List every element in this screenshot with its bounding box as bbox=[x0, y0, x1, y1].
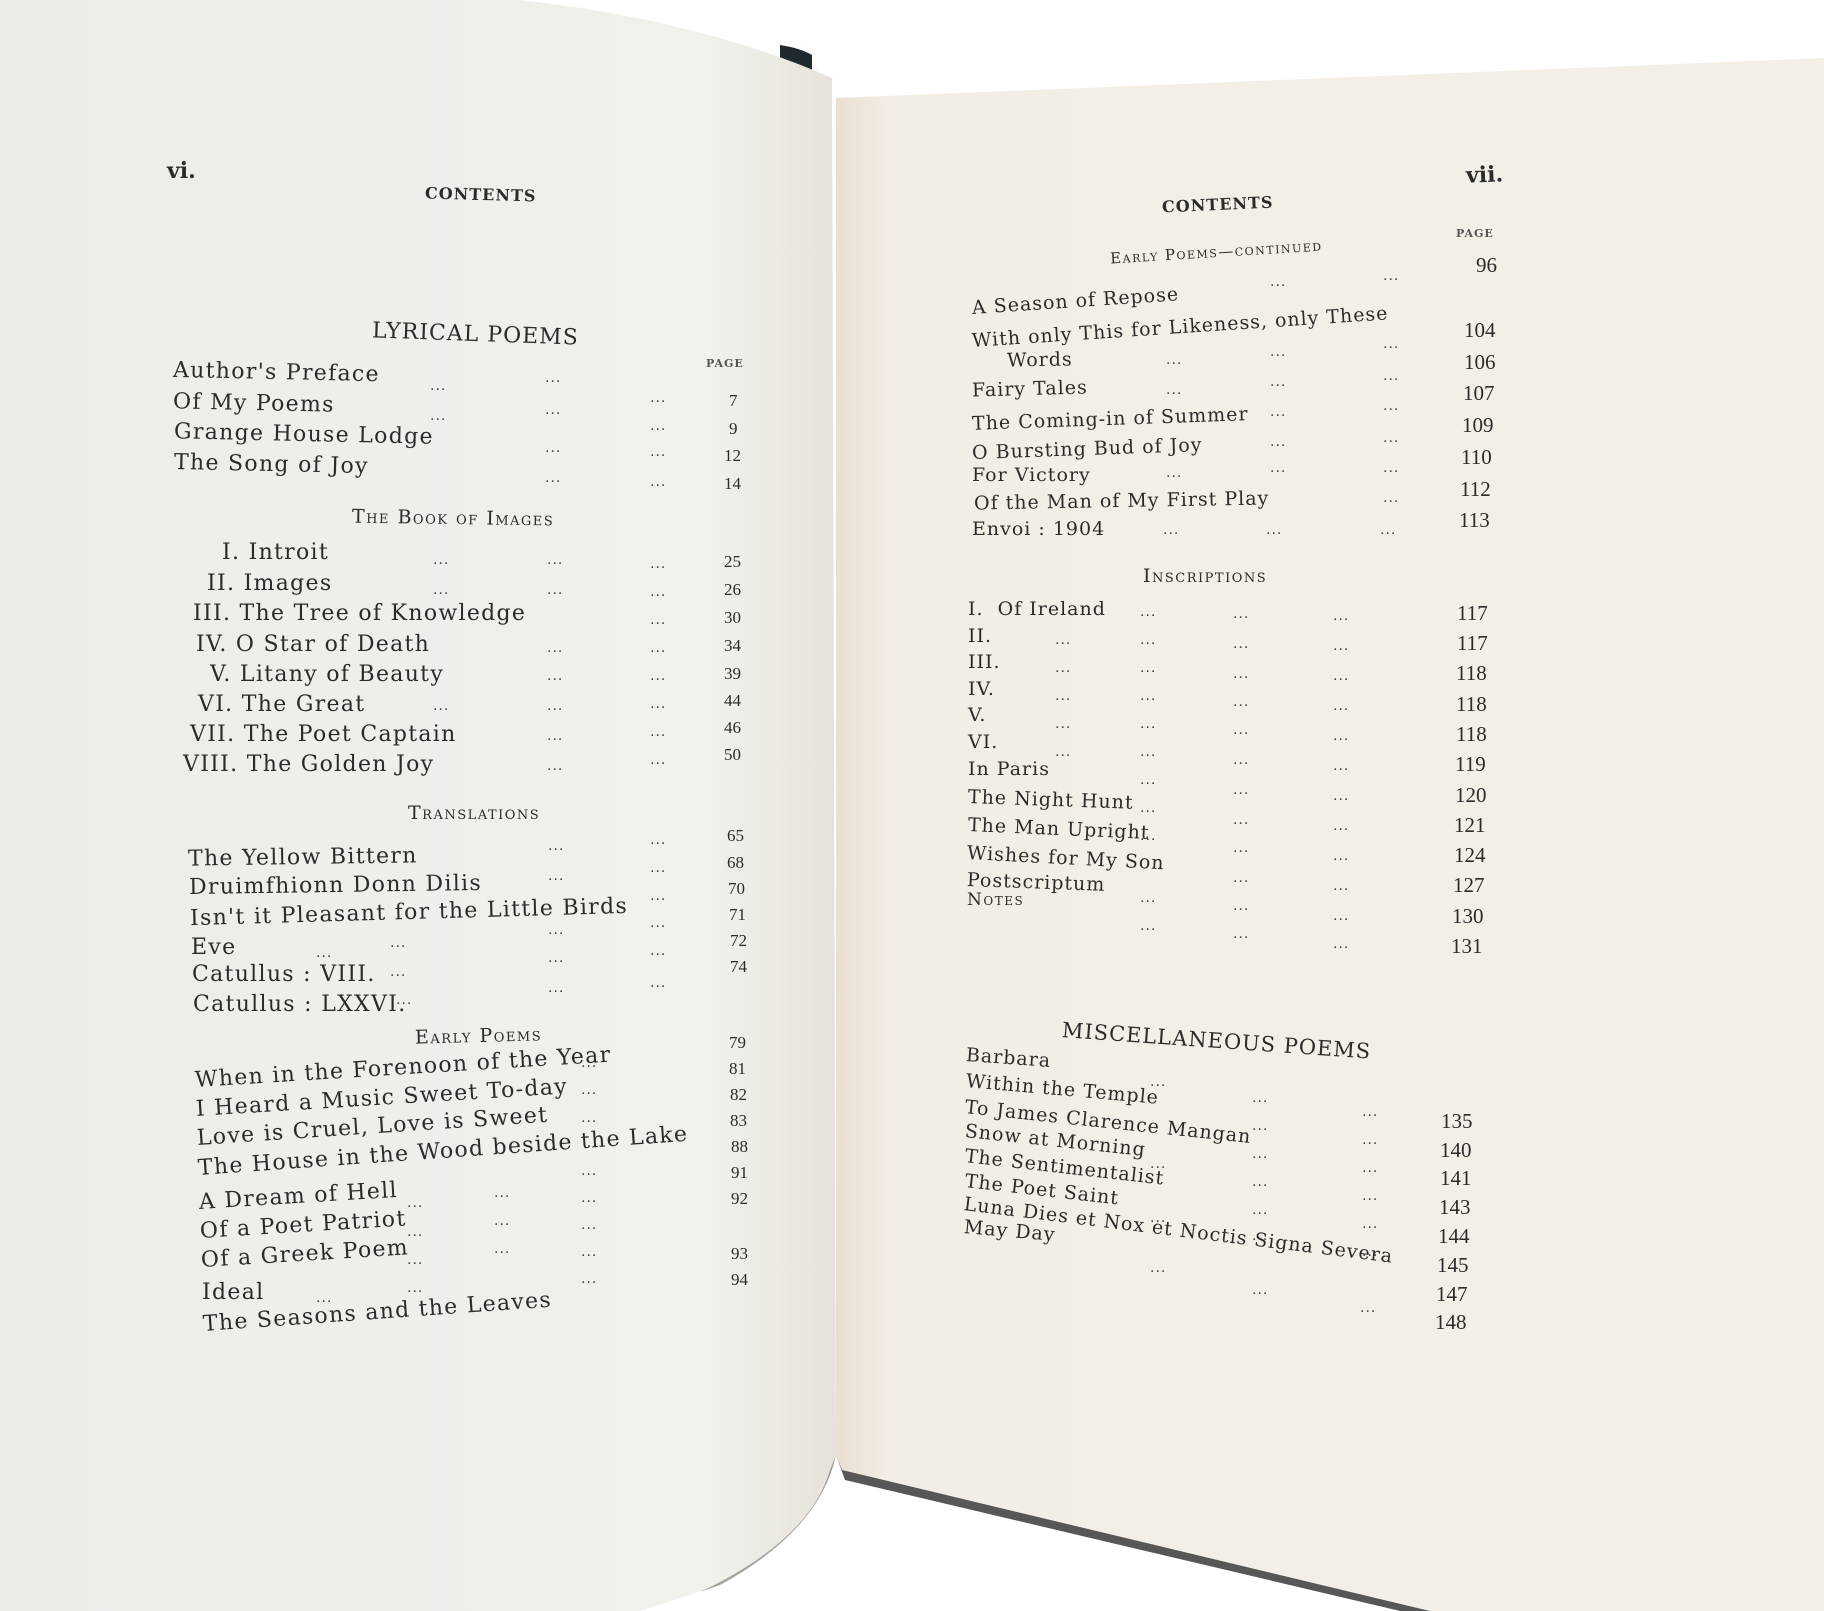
entry-title: Druimfhionn Donn Dilis bbox=[189, 871, 482, 900]
leader-dots: ... bbox=[1055, 660, 1071, 676]
section-title-early-poems: Early Poems bbox=[415, 1023, 543, 1048]
leader-dots: ... bbox=[1362, 1132, 1378, 1148]
entry-page: 79 bbox=[729, 1033, 746, 1053]
section-title-translations: Translations bbox=[408, 802, 540, 824]
leader-dots: ... bbox=[1140, 890, 1156, 906]
entry-page: 113 bbox=[1459, 508, 1490, 533]
entry-page: 65 bbox=[727, 826, 744, 846]
leader-dots: ... bbox=[1150, 1074, 1166, 1090]
leader-dots: ... bbox=[1383, 368, 1399, 384]
leader-dots: ... bbox=[1233, 606, 1249, 622]
leader-dots: ... bbox=[545, 402, 561, 418]
leader-dots: ... bbox=[547, 552, 563, 568]
entry-page: 117 bbox=[1457, 601, 1488, 626]
leader-dots: ... bbox=[407, 1224, 423, 1240]
entry-page: 12 bbox=[724, 446, 741, 466]
entry-page: 7 bbox=[729, 391, 738, 411]
leader-dots: ... bbox=[1233, 840, 1249, 856]
leader-dots: ... bbox=[1333, 936, 1349, 952]
leader-dots: ... bbox=[1140, 772, 1156, 788]
entry-page: 145 bbox=[1437, 1253, 1469, 1278]
leader-dots: ... bbox=[547, 758, 563, 774]
leader-dots: ... bbox=[407, 1280, 423, 1296]
entry-title: The Yellow Bittern bbox=[188, 843, 418, 871]
entry-page: 121 bbox=[1454, 813, 1486, 838]
leader-dots: ... bbox=[547, 698, 563, 714]
leader-dots: ... bbox=[1140, 632, 1156, 648]
entry-page: 71 bbox=[729, 905, 746, 925]
entry-page: 117 bbox=[1457, 631, 1488, 656]
entry-title: For Victory bbox=[972, 464, 1091, 486]
leader-dots: ... bbox=[1055, 632, 1071, 648]
leader-dots: ... bbox=[1055, 744, 1071, 760]
entry-page: 109 bbox=[1462, 413, 1494, 438]
entry-title: Eve bbox=[191, 935, 236, 960]
leader-dots: ... bbox=[316, 1290, 332, 1306]
leader-dots: ... bbox=[1166, 352, 1182, 368]
entry-page: 130 bbox=[1452, 904, 1484, 929]
entry-page: 118 bbox=[1456, 722, 1487, 747]
leader-dots: ... bbox=[1380, 522, 1396, 538]
entry-page: 34 bbox=[724, 636, 741, 656]
leader-dots: ... bbox=[1140, 604, 1156, 620]
entry-page: 131 bbox=[1451, 934, 1483, 959]
entry-page: 147 bbox=[1436, 1282, 1468, 1307]
entry-page: 110 bbox=[1461, 445, 1492, 470]
entry-title: I. Of Ireland bbox=[968, 598, 1106, 620]
leader-dots: ... bbox=[1270, 404, 1286, 420]
leader-dots: ... bbox=[1333, 848, 1349, 864]
leader-dots: ... bbox=[650, 975, 666, 991]
entry-page: 72 bbox=[730, 931, 747, 951]
entry-title: VIII. The Golden Joy bbox=[183, 752, 434, 777]
leader-dots: ... bbox=[1383, 398, 1399, 414]
book-pages-shape bbox=[0, 0, 1824, 1611]
leader-dots: ... bbox=[1383, 336, 1399, 352]
leader-dots: ... bbox=[650, 640, 666, 656]
leader-dots: ... bbox=[1140, 918, 1156, 934]
entry-page: 107 bbox=[1463, 381, 1495, 406]
leader-dots: ... bbox=[430, 408, 446, 424]
entry-title: Envoi : 1904 bbox=[972, 518, 1105, 540]
leader-dots: ... bbox=[581, 1163, 597, 1179]
entry-page: 82 bbox=[730, 1085, 747, 1105]
leader-dots: ... bbox=[581, 1244, 597, 1260]
leader-dots: ... bbox=[1360, 1300, 1376, 1316]
leader-dots: ... bbox=[1270, 434, 1286, 450]
leader-dots: ... bbox=[1362, 1160, 1378, 1176]
leader-dots: ... bbox=[1333, 638, 1349, 654]
entry-title: IV. bbox=[968, 678, 995, 700]
leader-dots: ... bbox=[1362, 1216, 1378, 1232]
leader-dots: ... bbox=[1270, 460, 1286, 476]
leader-dots: ... bbox=[650, 668, 666, 684]
leader-dots: ... bbox=[1233, 752, 1249, 768]
leader-dots: ... bbox=[433, 552, 449, 568]
leader-dots: ... bbox=[650, 860, 666, 876]
entry-title: III. bbox=[968, 651, 1001, 673]
leader-dots: ... bbox=[545, 370, 561, 386]
leader-dots: ... bbox=[581, 1271, 597, 1287]
leader-dots: ... bbox=[650, 612, 666, 628]
entry-page: 9 bbox=[729, 419, 738, 439]
leader-dots: ... bbox=[547, 582, 563, 598]
leader-dots: ... bbox=[650, 696, 666, 712]
entry-page: 30 bbox=[724, 608, 741, 628]
leader-dots: ... bbox=[581, 1217, 597, 1233]
entry-page: 144 bbox=[1438, 1224, 1470, 1249]
leader-dots: ... bbox=[1362, 1104, 1378, 1120]
leader-dots: ... bbox=[1166, 382, 1182, 398]
leader-dots: ... bbox=[650, 832, 666, 848]
leader-dots: ... bbox=[1333, 908, 1349, 924]
entry-page: 118 bbox=[1456, 692, 1487, 717]
leader-dots: ... bbox=[547, 728, 563, 744]
leader-dots: ... bbox=[650, 444, 666, 460]
leader-dots: ... bbox=[494, 1185, 510, 1201]
entry-page: 106 bbox=[1464, 350, 1496, 375]
leader-dots: ... bbox=[1333, 608, 1349, 624]
leader-dots: ... bbox=[581, 1190, 597, 1206]
leader-dots: ... bbox=[650, 418, 666, 434]
entry-page: 141 bbox=[1440, 1166, 1472, 1191]
leader-dots: ... bbox=[548, 950, 564, 966]
entry-title: Catullus : VIII. bbox=[192, 962, 376, 987]
leader-dots: ... bbox=[1150, 1210, 1166, 1226]
entry-page: 118 bbox=[1456, 661, 1487, 686]
leader-dots: ... bbox=[1233, 926, 1249, 942]
leader-dots: ... bbox=[650, 390, 666, 406]
leader-dots: ... bbox=[1055, 716, 1071, 732]
entry-page: 81 bbox=[729, 1059, 746, 1079]
leader-dots: ... bbox=[581, 1110, 597, 1126]
leader-dots: ... bbox=[1270, 374, 1286, 390]
leader-dots: ... bbox=[396, 992, 412, 1008]
entry-page: 112 bbox=[1460, 477, 1491, 502]
section-title-inscriptions: Inscriptions bbox=[1143, 565, 1267, 587]
entry-title: Ideal bbox=[202, 1280, 264, 1305]
leader-dots: ... bbox=[1140, 660, 1156, 676]
leader-dots: ... bbox=[1140, 828, 1156, 844]
entry-page: 26 bbox=[724, 580, 741, 600]
entry-page: 91 bbox=[731, 1163, 748, 1183]
leader-dots: ... bbox=[1333, 818, 1349, 834]
leader-dots: ... bbox=[1252, 1146, 1268, 1162]
entry-title: VI. The Great bbox=[198, 692, 365, 717]
entry-page: 135 bbox=[1441, 1109, 1473, 1134]
entry-title: VII. The Poet Captain bbox=[190, 722, 457, 747]
leader-dots: ... bbox=[316, 945, 332, 961]
leader-dots: ... bbox=[1233, 812, 1249, 828]
entry-page: 44 bbox=[724, 691, 741, 711]
entry-title: II. bbox=[968, 625, 992, 647]
entry-title: IV. O Star of Death bbox=[196, 632, 430, 657]
leader-dots: ... bbox=[1362, 1188, 1378, 1204]
leader-dots: ... bbox=[1055, 688, 1071, 704]
entry-page: 93 bbox=[731, 1244, 748, 1264]
leader-dots: ... bbox=[407, 1252, 423, 1268]
page-column-label: PAGE bbox=[706, 357, 744, 370]
leader-dots: ... bbox=[548, 868, 564, 884]
leader-dots: ... bbox=[1333, 728, 1349, 744]
leader-dots: ... bbox=[548, 838, 564, 854]
leader-dots: ... bbox=[650, 752, 666, 768]
entry-page: 68 bbox=[727, 853, 744, 873]
leader-dots: ... bbox=[1166, 465, 1182, 481]
leader-dots: ... bbox=[547, 640, 563, 656]
leader-dots: ... bbox=[1233, 898, 1249, 914]
leader-dots: ... bbox=[1233, 636, 1249, 652]
leader-dots: ... bbox=[1383, 460, 1399, 476]
leader-dots: ... bbox=[1252, 1202, 1268, 1218]
leader-dots: ... bbox=[1333, 878, 1349, 894]
leader-dots: ... bbox=[581, 1055, 597, 1071]
entry-page: 92 bbox=[731, 1189, 748, 1209]
leader-dots: ... bbox=[390, 964, 406, 980]
entry-title: II. Images bbox=[207, 571, 332, 596]
leader-dots: ... bbox=[650, 943, 666, 959]
leader-dots: ... bbox=[650, 474, 666, 490]
entry-page: 14 bbox=[724, 474, 741, 494]
entry-page: 83 bbox=[730, 1111, 747, 1131]
leader-dots: ... bbox=[1333, 758, 1349, 774]
page-folio: vii. bbox=[1466, 161, 1504, 188]
leader-dots: ... bbox=[1233, 694, 1249, 710]
entry-title: V. Litany of Beauty bbox=[210, 662, 444, 687]
leader-dots: ... bbox=[1333, 788, 1349, 804]
entry-page: 39 bbox=[724, 664, 741, 684]
book-photo: vi. CONTENTS LYRICAL POEMS PAGE Author's… bbox=[0, 0, 1824, 1611]
entry-title: I. Introit bbox=[222, 540, 329, 565]
entry-page: 127 bbox=[1453, 873, 1485, 898]
leader-dots: ... bbox=[1233, 782, 1249, 798]
leader-dots: ... bbox=[407, 1195, 423, 1211]
leader-dots: ... bbox=[1233, 870, 1249, 886]
leader-dots: ... bbox=[1252, 1228, 1268, 1244]
leader-dots: ... bbox=[1150, 1156, 1166, 1172]
leader-dots: ... bbox=[1266, 522, 1282, 538]
leader-dots: ... bbox=[547, 668, 563, 684]
entry-title: Notes bbox=[967, 890, 1024, 910]
leader-dots: ... bbox=[1333, 668, 1349, 684]
page-column-label: PAGE bbox=[1456, 227, 1494, 240]
entry-title: Catullus : LXXVI. bbox=[193, 992, 407, 1017]
leader-dots: ... bbox=[1270, 344, 1286, 360]
leader-dots: ... bbox=[548, 922, 564, 938]
leader-dots: ... bbox=[1233, 722, 1249, 738]
leader-dots: ... bbox=[545, 470, 561, 486]
entry-title: Author's Preface bbox=[173, 358, 380, 387]
leader-dots: ... bbox=[1252, 1090, 1268, 1106]
entry-page: 50 bbox=[724, 745, 741, 765]
leader-dots: ... bbox=[1383, 490, 1399, 506]
entry-title: Fairy Tales bbox=[972, 376, 1088, 401]
entry-title: III. The Tree of Knowledge bbox=[193, 601, 526, 626]
entry-page: 124 bbox=[1454, 843, 1486, 868]
leader-dots: ... bbox=[1383, 268, 1399, 284]
leader-dots: ... bbox=[650, 888, 666, 904]
entry-page: 94 bbox=[731, 1270, 748, 1290]
entry-title: VI. bbox=[968, 731, 998, 753]
entry-title: Words bbox=[1007, 348, 1073, 371]
leader-dots: ... bbox=[1150, 1260, 1166, 1276]
entry-page: 140 bbox=[1440, 1138, 1472, 1163]
entry-page: 70 bbox=[728, 879, 745, 899]
leader-dots: ... bbox=[1140, 800, 1156, 816]
leader-dots: ... bbox=[650, 724, 666, 740]
entry-title: V. bbox=[968, 704, 986, 726]
leader-dots: ... bbox=[1163, 522, 1179, 538]
leader-dots: ... bbox=[1140, 688, 1156, 704]
leader-dots: ... bbox=[545, 440, 561, 456]
leader-dots: ... bbox=[430, 378, 446, 394]
entry-page: 119 bbox=[1455, 752, 1486, 777]
leader-dots: ... bbox=[433, 582, 449, 598]
leader-dots: ... bbox=[1140, 716, 1156, 732]
leader-dots: ... bbox=[548, 980, 564, 996]
leader-dots: ... bbox=[390, 935, 406, 951]
leader-dots: ... bbox=[650, 556, 666, 572]
entry-page: 25 bbox=[724, 552, 741, 572]
section-title-book-of-images: The Book of Images bbox=[352, 506, 555, 531]
entry-page: 120 bbox=[1455, 783, 1487, 808]
leader-dots: ... bbox=[650, 584, 666, 600]
leader-dots: ... bbox=[433, 698, 449, 714]
leader-dots: ... bbox=[581, 1082, 597, 1098]
leader-dots: ... bbox=[1270, 274, 1286, 290]
entry-title: The Song of Joy bbox=[174, 450, 369, 479]
entry-page: 74 bbox=[730, 957, 747, 977]
leader-dots: ... bbox=[1333, 698, 1349, 714]
leader-dots: ... bbox=[1252, 1282, 1268, 1298]
entry-page: 148 bbox=[1435, 1310, 1467, 1335]
leader-dots: ... bbox=[1252, 1118, 1268, 1134]
leader-dots: ... bbox=[1233, 666, 1249, 682]
entry-title: Of My Poems bbox=[173, 389, 335, 417]
entry-page: 96 bbox=[1476, 253, 1497, 278]
entry-page: 46 bbox=[724, 718, 741, 738]
leader-dots: ... bbox=[494, 1213, 510, 1229]
leader-dots: ... bbox=[1252, 1174, 1268, 1190]
leader-dots: ... bbox=[650, 915, 666, 931]
leader-dots: ... bbox=[1383, 430, 1399, 446]
leader-dots: ... bbox=[494, 1241, 510, 1257]
entry-page: 104 bbox=[1464, 318, 1496, 343]
entry-page: 88 bbox=[731, 1137, 748, 1157]
entry-title: In Paris bbox=[968, 758, 1050, 780]
leader-dots: ... bbox=[1362, 1244, 1378, 1260]
leader-dots: ... bbox=[1140, 744, 1156, 760]
entry-page: 143 bbox=[1439, 1195, 1471, 1220]
page-folio: vi. bbox=[167, 158, 196, 184]
running-head: CONTENTS bbox=[425, 184, 537, 206]
